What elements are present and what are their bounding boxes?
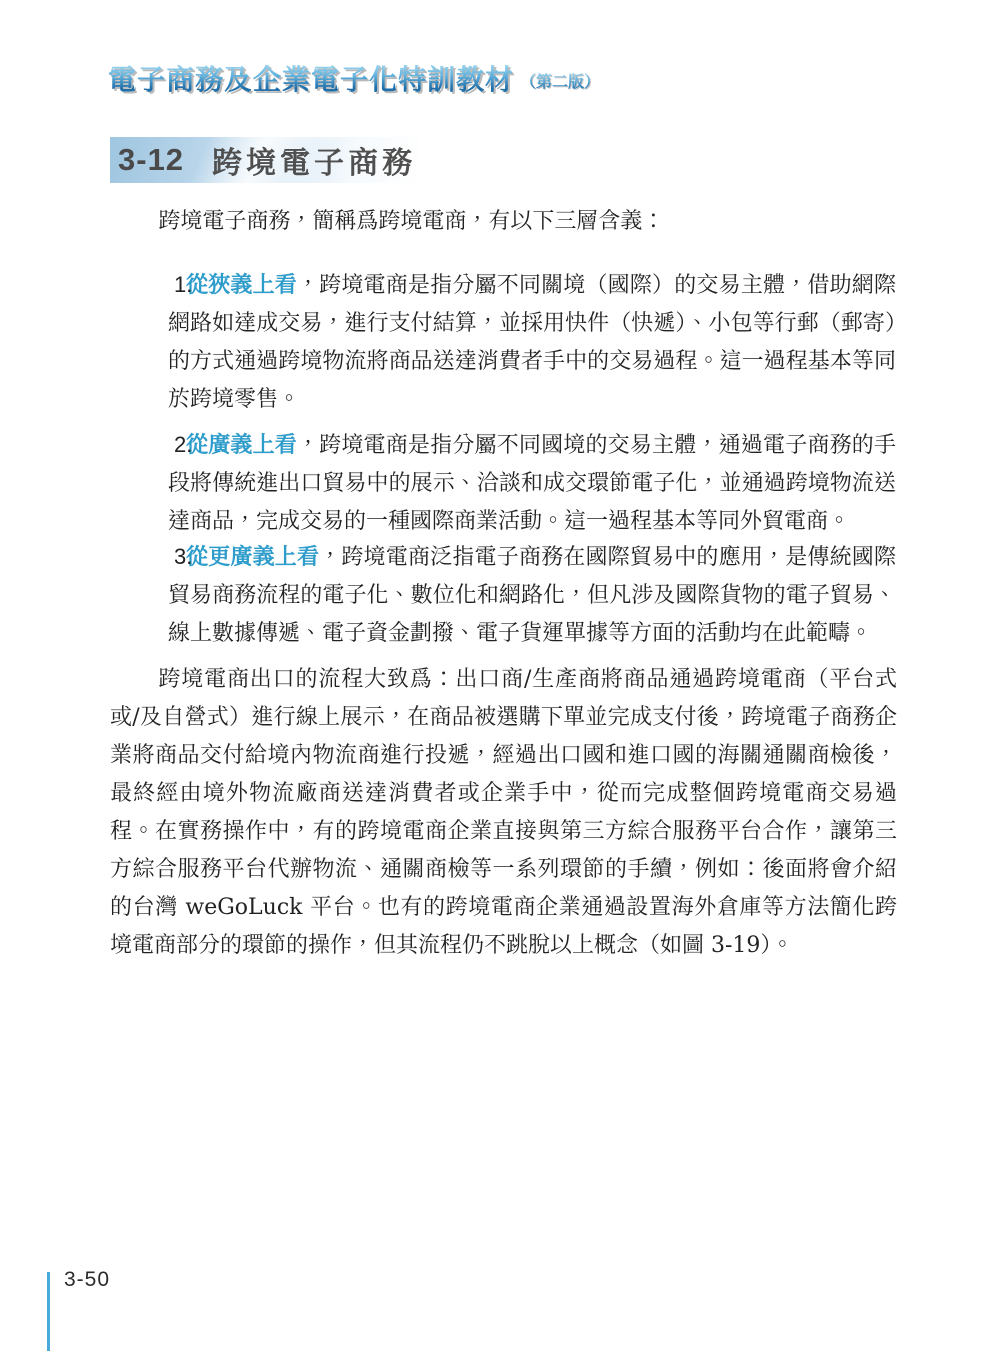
book-edition-label: （第二版）	[520, 72, 600, 91]
list-item-2-lead: 從廣義上看	[186, 432, 297, 458]
footer-accent-bar	[47, 1272, 50, 1351]
list-item-2: 2.從廣義上看，跨境電商是指分屬不同國境的交易主體，通過電子商務的手段將傳統進出…	[168, 426, 896, 541]
list-item-1-lead: 從狹義上看	[186, 272, 297, 298]
book-title-logo: 電子商務及企業電子化特訓教材	[108, 63, 514, 96]
section-title: 跨境電子商務	[212, 138, 416, 182]
closing-paragraph: 跨境電商出口的流程大致爲：出口商/生產商將商品通過跨境電商（平台式或/及自營式）…	[110, 661, 897, 965]
list-item-1-number: 1.	[156, 266, 192, 304]
page-number: 3-50	[64, 1268, 110, 1292]
list-item-1: 1.從狹義上看，跨境電商是指分屬不同關境（國際）的交易主體，借助網際網路如達成交…	[168, 266, 896, 419]
intro-paragraph: 跨境電子商務，簡稱爲跨境電商，有以下三層含義：	[110, 203, 897, 241]
book-page: { "header": { "logo_title": "電子商務及企業電子化特…	[0, 0, 1000, 1356]
book-header: 電子商務及企業電子化特訓教材（第二版）	[108, 58, 600, 98]
list-item-3: 3.從更廣義上看，跨境電商泛指電子商務在國際貿易中的應用，是傳統國際貿易商務流程…	[168, 538, 896, 653]
list-item-2-number: 2.	[156, 426, 192, 464]
section-number: 3-12	[118, 142, 184, 178]
list-item-3-number: 3.	[156, 538, 192, 576]
list-item-3-lead: 從更廣義上看	[186, 544, 319, 570]
section-heading: 3-12 跨境電子商務	[110, 137, 900, 183]
